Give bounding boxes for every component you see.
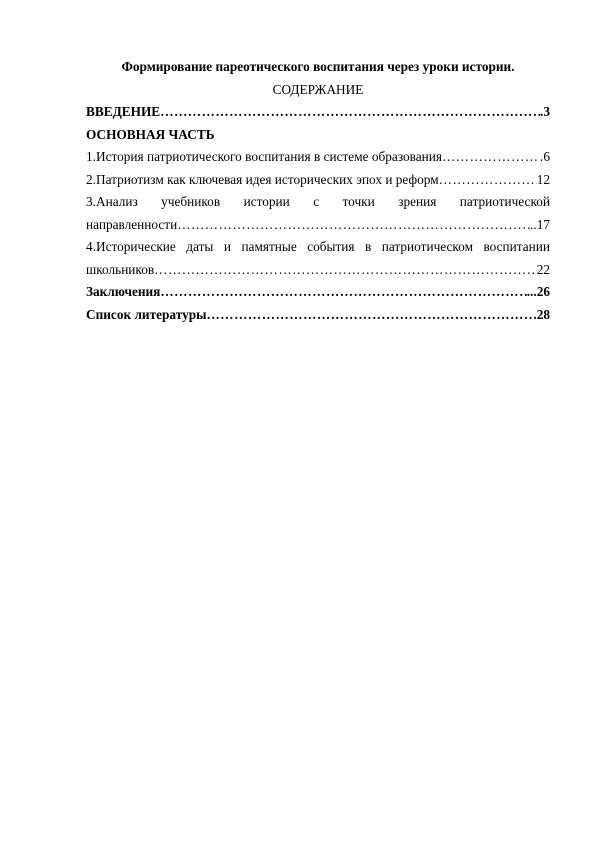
toc-page-number: 12 bbox=[537, 169, 550, 192]
toc-leader-dots bbox=[160, 101, 540, 124]
toc-section-heading-main: ОСНОВНАЯ ЧАСТЬ bbox=[86, 124, 550, 147]
toc-entry-1[interactable]: 1.История патриотического воспитания в с… bbox=[86, 146, 550, 169]
toc-leader-dots bbox=[160, 281, 526, 304]
toc-leader-dots bbox=[177, 214, 530, 237]
toc-page-number: ...26 bbox=[527, 281, 550, 304]
toc-label: 2.Патриотизм как ключевая идея историчес… bbox=[86, 169, 439, 192]
toc-label: 1.История патриотического воспитания в с… bbox=[86, 146, 442, 169]
toc-leader-dots bbox=[442, 146, 540, 169]
toc-label: Заключения bbox=[86, 281, 160, 304]
toc-page-number: .3 bbox=[540, 101, 550, 124]
toc-entry-3-line1[interactable]: 3.Анализ учебников истории с точки зрени… bbox=[86, 191, 550, 214]
toc-page-number: ..17 bbox=[530, 214, 550, 237]
document-title: Формирование пареотического воспитания ч… bbox=[86, 56, 550, 79]
toc-entry-4-line1[interactable]: 4.Исторические даты и памятные события в… bbox=[86, 236, 550, 259]
toc-entry-3[interactable]: направленности ..17 bbox=[86, 214, 550, 237]
toc-label: ВВЕДЕНИЕ bbox=[86, 101, 160, 124]
toc-entry-conclusion[interactable]: Заключения ...26 bbox=[86, 281, 550, 304]
toc-heading: СОДЕРЖАНИЕ bbox=[86, 79, 550, 102]
toc-page-number: .28 bbox=[533, 304, 550, 327]
toc-entry-2[interactable]: 2.Патриотизм как ключевая идея историчес… bbox=[86, 169, 550, 192]
toc-label: школьников bbox=[86, 259, 154, 282]
toc-page-number: 22 bbox=[537, 259, 550, 282]
toc-label: направленности bbox=[86, 214, 177, 237]
toc-leader-dots bbox=[207, 304, 534, 327]
toc-entry-introduction[interactable]: ВВЕДЕНИЕ .3 bbox=[86, 101, 550, 124]
toc-leader-dots bbox=[154, 259, 537, 282]
toc-entry-4[interactable]: школьников 22 bbox=[86, 259, 550, 282]
document-page: Формирование пареотического воспитания ч… bbox=[86, 56, 550, 326]
toc-leader-dots bbox=[439, 169, 537, 192]
toc-label: Список литературы bbox=[86, 304, 207, 327]
toc-entry-bibliography[interactable]: Список литературы .28 bbox=[86, 304, 550, 327]
toc-page-number: .6 bbox=[540, 146, 550, 169]
